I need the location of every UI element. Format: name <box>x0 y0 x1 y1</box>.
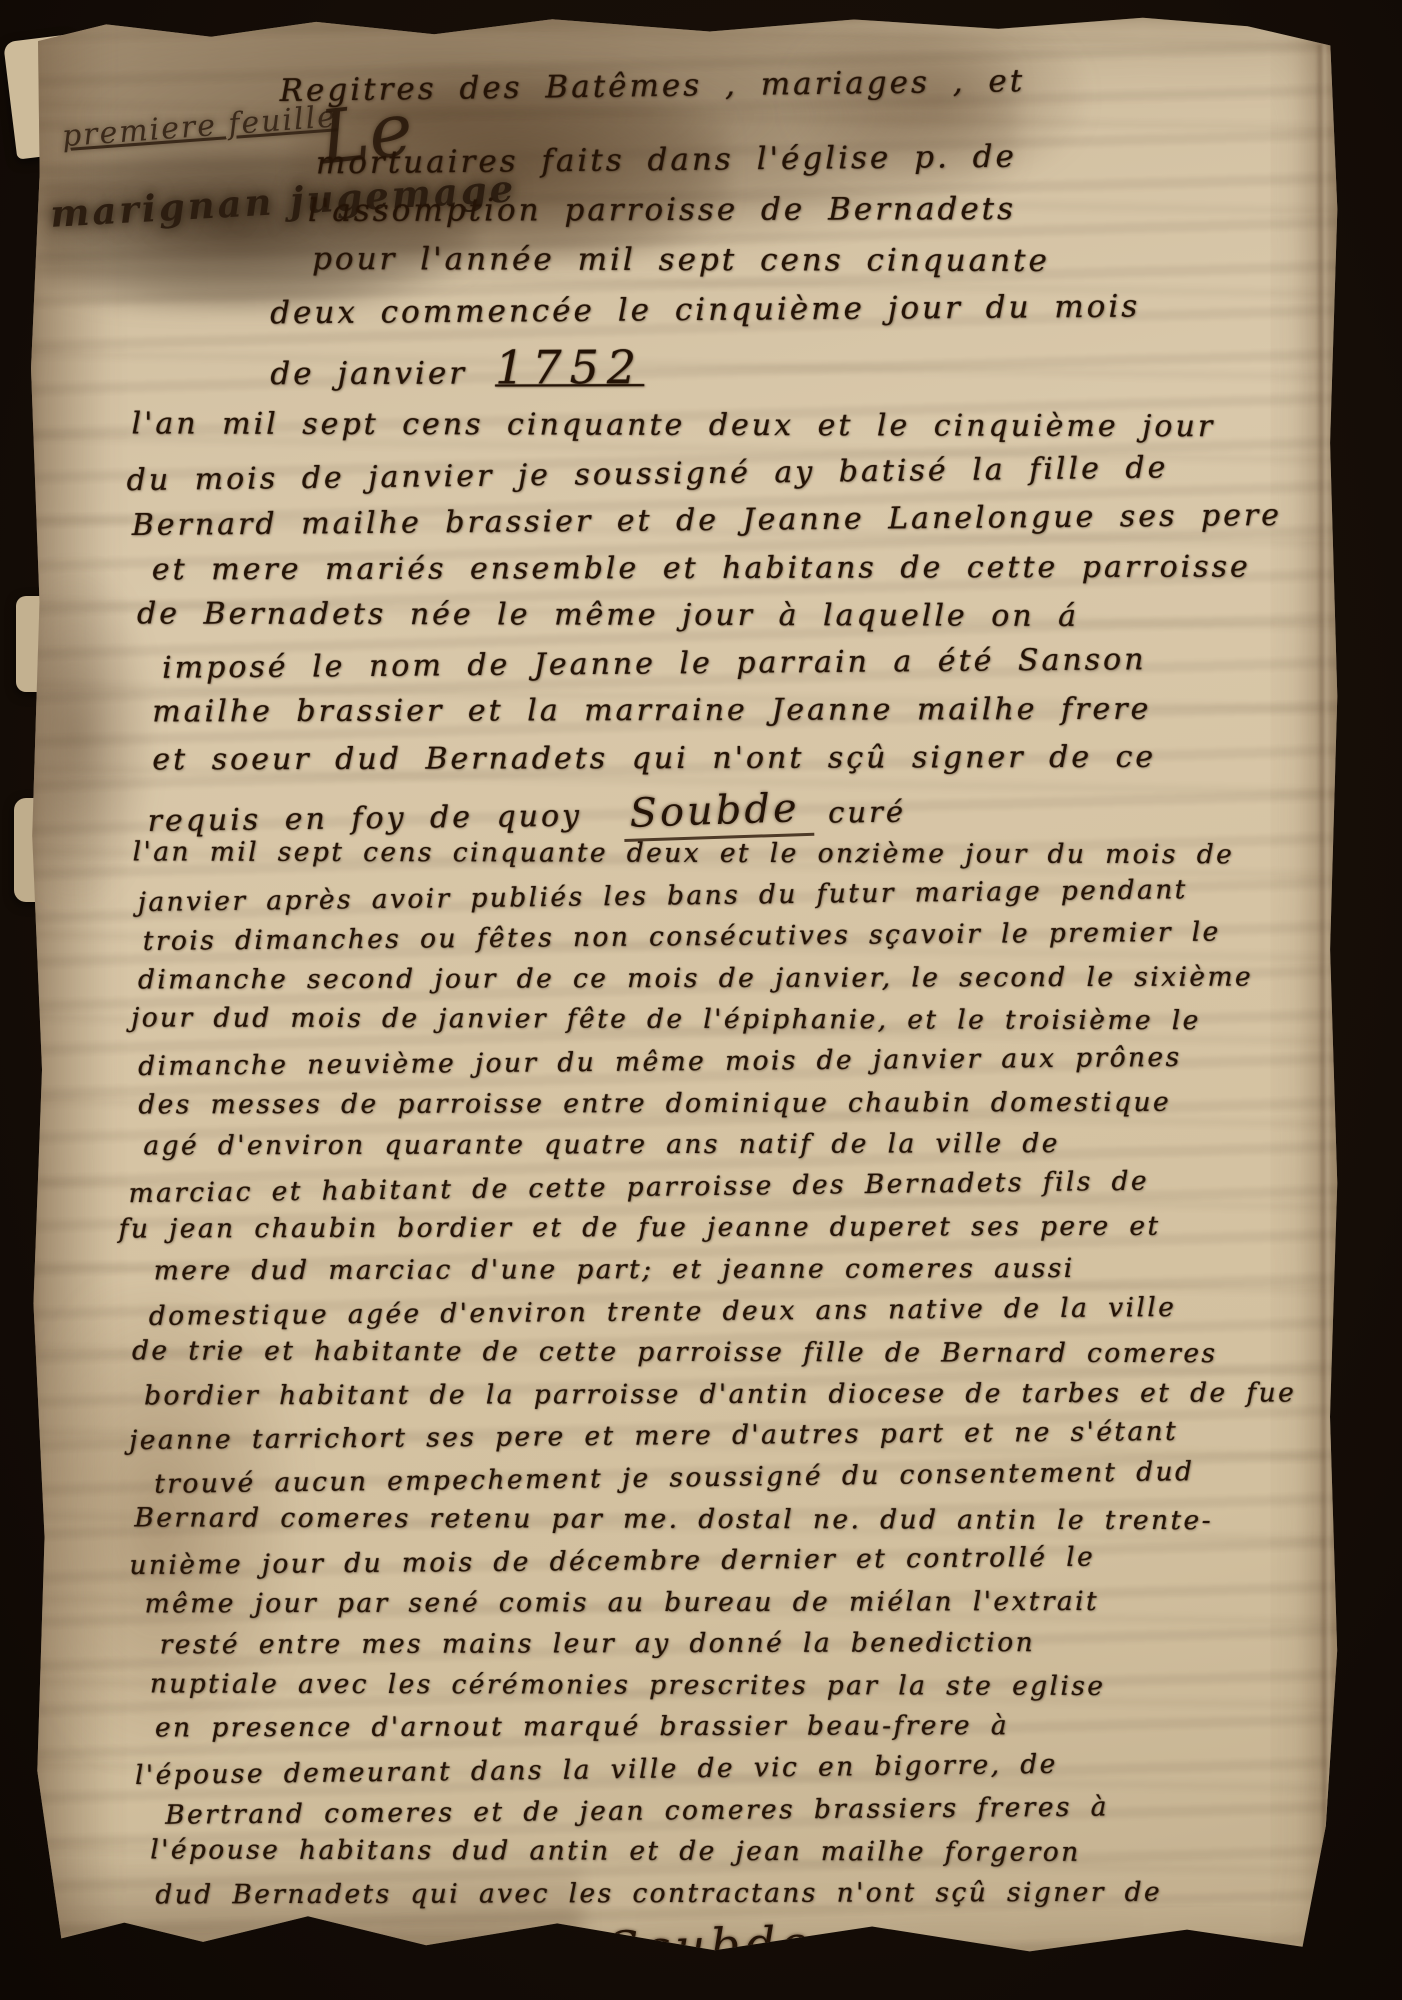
manuscript-line: l'épouse habitans dud antin et de jean m… <box>120 1835 1318 1880</box>
manuscript-line: des messes de parroisse entre dominique … <box>118 1086 1316 1131</box>
manuscript-line: mere dud marciac d'une part; et jeanne c… <box>119 1252 1317 1297</box>
manuscript-page: premiere feuille marignan jugemage Le Re… <box>27 14 1344 1965</box>
priest-signature: Scubde <box>600 1916 828 1983</box>
manuscript-line: jour dud mois de janvier fête de l'épiph… <box>118 1003 1316 1048</box>
closing-formula: ce requis en foy de quoy <box>140 1940 566 1975</box>
manuscript-line: bordier habitant de la parroisse d'antin… <box>119 1377 1317 1422</box>
title-line-text: de janvier <box>270 356 467 393</box>
manuscript-line: nuptiale avec les cérémonies prescrites … <box>120 1668 1318 1713</box>
manuscript-line: l'an mil sept cens cinquante deux et le … <box>116 406 1314 457</box>
manuscript-line: dimanche neuvième jour du même mois de j… <box>118 1041 1316 1093</box>
title-line: de janvier1752 <box>270 340 644 395</box>
manuscript-line: fu jean chaubin bordier et de fue jeanne… <box>119 1211 1317 1256</box>
manuscript-line: unième jour du mois de décembre dernier … <box>119 1540 1317 1592</box>
edge-stain <box>15 18 116 1966</box>
title-line: deux commencée le cinquième jour du mois <box>270 289 1140 332</box>
register-year: 1752 <box>495 340 644 394</box>
closing-formula: requis en foy de quoy <box>147 799 582 839</box>
manuscript-line: de trie et habitante de cette parroisse … <box>119 1335 1317 1380</box>
manuscript-line: ce requis en foy de quoyScubdecuré <box>120 1914 1318 1966</box>
manuscript-line: et mere mariés ensemble et habitans de c… <box>117 549 1315 600</box>
priest-title: curé <box>828 795 906 830</box>
manuscript-line: dud Bernadets qui avec les contractans n… <box>120 1876 1318 1921</box>
photo-background: premiere feuille marignan jugemage Le Re… <box>0 0 1402 2000</box>
manuscript-line: même jour par sené comis au bureau de mi… <box>120 1585 1318 1630</box>
priest-signature: Soubde <box>623 785 815 842</box>
title-line: mortuaires faits dans l'église p. de <box>316 139 1017 182</box>
manuscript-line: domestique agée d'environ trente deux an… <box>119 1290 1317 1342</box>
title-line: pour l'année mil sept cens cinquante <box>312 241 1050 279</box>
manuscript-line: trois dimanches ou fêtes non consécutive… <box>118 916 1316 968</box>
manuscript-line: resté entre mes mains leur ay donné la b… <box>120 1627 1318 1672</box>
title-line: l'assomption parroisse de Bernadets <box>308 191 1016 229</box>
manuscript-line: mailhe brassier et la marraine Jeanne ma… <box>117 691 1315 742</box>
manuscript-line: dimanche second jour de ce mois de janvi… <box>118 961 1316 1006</box>
manuscript-line: de Bernadets née le même jour à laquelle… <box>117 596 1315 647</box>
title-line: Regitres des Batêmes , mariages , et <box>279 63 1025 109</box>
baptism-record: l'an mil sept cens cinquante deux et le … <box>116 406 1315 837</box>
manuscript-line: imposé le nom de Jeanne le parrain a été… <box>117 640 1315 698</box>
right-edge-fold <box>1316 44 1331 1914</box>
manuscript-line: Bernard mailhe brassier et de Jeanne Lan… <box>117 498 1315 556</box>
priest-title: curé <box>841 1937 912 1969</box>
manuscript-line: Bernard comeres retenu par me. dostal ne… <box>119 1502 1317 1547</box>
marriage-record: l'an mil sept cens cinquante deux et le … <box>118 836 1319 1962</box>
manuscript-line: requis en foy de quoySoubdecuré <box>117 781 1315 843</box>
